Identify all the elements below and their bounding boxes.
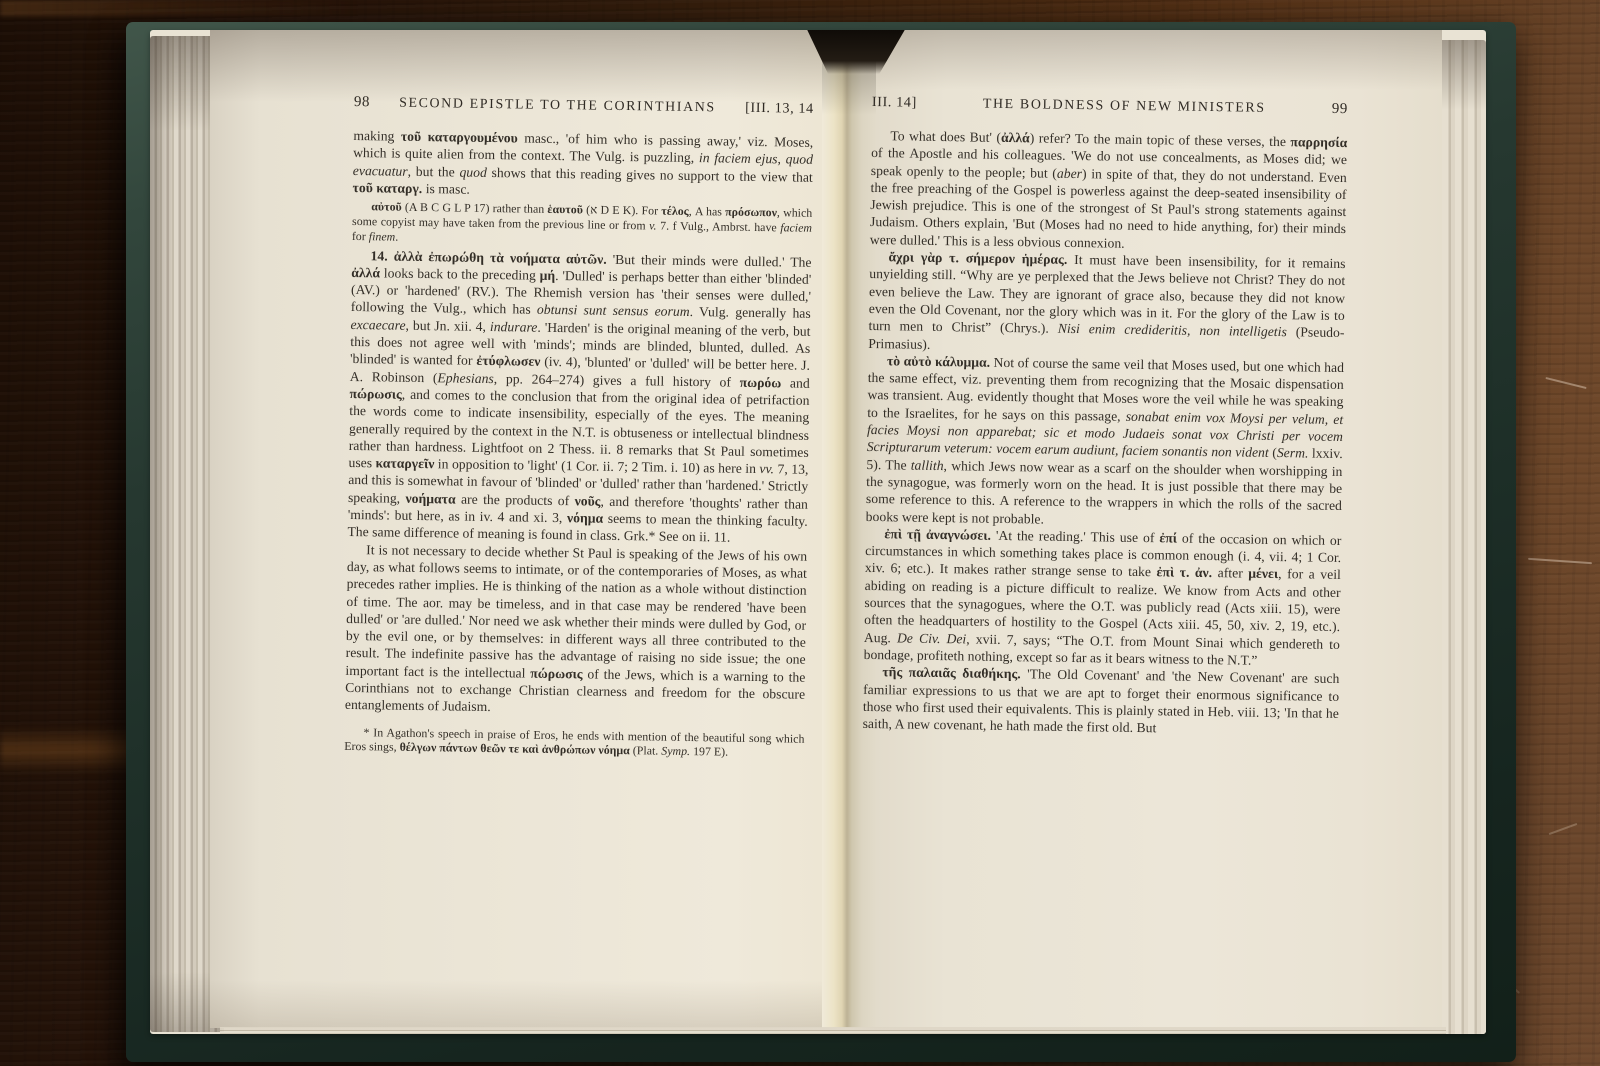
running-title-left: SECOND EPISTLE TO THE CORINTHIANS xyxy=(399,95,716,116)
wood-grain-streak xyxy=(0,0,360,16)
verse-reference-left: [III. 13, 14 xyxy=(745,100,814,118)
wood-scratch xyxy=(1549,823,1578,835)
running-title-right: THE BOLDNESS OF NEW MINISTERS xyxy=(983,96,1266,116)
footnote-asterisk: * In Agathon's speech in praise of Eros,… xyxy=(344,725,804,761)
paragraph-continuation: making τοῦ καταργουμένου masc., 'of him … xyxy=(352,127,813,203)
right-page-text: III. 14] THE BOLDNESS OF NEW MINISTERS 9… xyxy=(863,94,1348,739)
commentary-discussion: It is not necessary to decide whether St… xyxy=(345,541,808,721)
page-number-right: 99 xyxy=(1332,101,1348,118)
commentary-to-auto-kalymma: τὸ αὐτὸ κάλυμμα. Not of course the same … xyxy=(866,352,1345,532)
wood-scratch xyxy=(1545,377,1586,389)
commentary-but-refer: To what does But' (ἀλλά) refer? To the m… xyxy=(870,127,1348,255)
left-page-text: 98 SECOND EPISTLE TO THE CORINTHIANS [II… xyxy=(344,94,814,764)
wood-scratch xyxy=(1528,558,1592,564)
commentary-tes-palaias: τῆς παλαιᾶς διαθήκης. 'The Old Covenant'… xyxy=(863,663,1340,739)
open-book: 98 SECOND EPISTLE TO THE CORINTHIANS [II… xyxy=(126,22,1516,1062)
verse-reference-right: III. 14] xyxy=(872,94,917,112)
right-page-body: To what does But' (ἀλλά) refer? To the m… xyxy=(863,127,1348,739)
stacked-page-edges-bottom xyxy=(220,1027,1446,1034)
textual-note: αὐτοῦ (A B C G L P 17) rather than ἑαυτο… xyxy=(352,199,813,250)
commentary-achri-gar: ἄχρι γὰρ τ. σήμερον ἡμέρας. It must have… xyxy=(868,248,1345,359)
page-number-left: 98 xyxy=(354,94,370,111)
commentary-epi-te-anagnosei: ἐπὶ τῇ ἀναγνώσει. 'At the reading.' This… xyxy=(864,525,1342,670)
stacked-page-edges-right xyxy=(1442,40,1486,1034)
commentary-verse-14: 14. ἀλλὰ ἐπωρώθη τὰ νοήματα αὐτῶν. 'But … xyxy=(347,247,811,548)
left-page-body: making τοῦ καταργουμένου masc., 'of him … xyxy=(344,127,813,761)
